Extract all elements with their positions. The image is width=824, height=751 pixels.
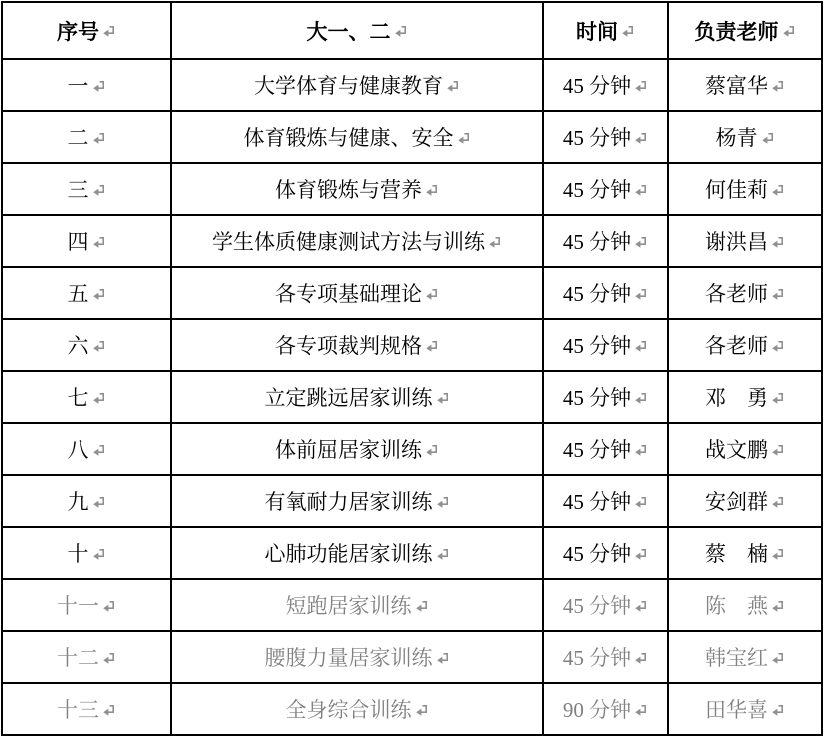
table-row: 二体育锻炼与健康、安全45 分钟杨青 bbox=[2, 111, 822, 163]
return-mark-icon bbox=[771, 548, 785, 561]
cell-course-name: 心肺功能居家训练 bbox=[171, 527, 543, 579]
duration: 45 分钟 bbox=[563, 174, 631, 204]
header-label: 大一、二 bbox=[307, 16, 391, 46]
table-row: 三体育锻炼与营养45 分钟何佳莉 bbox=[2, 163, 822, 215]
header-cell-teacher: 负责老师 bbox=[668, 2, 822, 59]
row-number: 十一 bbox=[57, 590, 99, 620]
duration: 45 分钟 bbox=[563, 70, 631, 100]
teacher-name: 各老师 bbox=[705, 278, 768, 308]
return-mark-icon bbox=[771, 236, 785, 249]
cell-teacher-name: 安剑群 bbox=[668, 475, 822, 527]
cell-duration: 90 分钟 bbox=[543, 683, 668, 735]
cell-teacher-name: 谢洪昌 bbox=[668, 215, 822, 267]
cell-duration: 45 分钟 bbox=[543, 631, 668, 683]
course-name: 学生体质健康测试方法与训练 bbox=[212, 226, 485, 256]
row-number: 五 bbox=[68, 278, 89, 308]
return-mark-icon bbox=[771, 600, 785, 613]
return-mark-icon bbox=[394, 25, 408, 38]
return-mark-icon bbox=[92, 184, 106, 197]
cell-course-name: 立定跳远居家训练 bbox=[171, 371, 543, 423]
cell-course-name: 各专项基础理论 bbox=[171, 267, 543, 319]
cell-row-number: 三 bbox=[2, 163, 171, 215]
table-body: 一大学体育与健康教育45 分钟蔡富华二体育锻炼与健康、安全45 分钟杨青三体育锻… bbox=[2, 59, 822, 735]
cell-course-name: 大学体育与健康教育 bbox=[171, 59, 543, 111]
document-page: 序号大一、二时间负责老师 一大学体育与健康教育45 分钟蔡富华二体育锻炼与健康、… bbox=[0, 0, 824, 751]
cell-duration: 45 分钟 bbox=[543, 215, 668, 267]
return-mark-icon bbox=[634, 288, 648, 301]
table-row: 八体前屈居家训练45 分钟战文鹏 bbox=[2, 423, 822, 475]
course-name: 腰腹力量居家训练 bbox=[265, 642, 433, 672]
cell-course-name: 腰腹力量居家训练 bbox=[171, 631, 543, 683]
cell-course-name: 体前屈居家训练 bbox=[171, 423, 543, 475]
teacher-name: 谢洪昌 bbox=[705, 226, 768, 256]
duration: 45 分钟 bbox=[563, 642, 631, 672]
row-number: 十 bbox=[68, 538, 89, 568]
course-name: 立定跳远居家训练 bbox=[265, 382, 433, 412]
return-mark-icon bbox=[771, 444, 785, 457]
row-number: 四 bbox=[68, 226, 89, 256]
cell-course-name: 有氧耐力居家训练 bbox=[171, 475, 543, 527]
return-mark-icon bbox=[425, 444, 439, 457]
cell-teacher-name: 田华喜 bbox=[668, 683, 822, 735]
return-mark-icon bbox=[771, 340, 785, 353]
cell-course-name: 全身综合训练 bbox=[171, 683, 543, 735]
table-row: 十一短跑居家训练45 分钟陈 燕 bbox=[2, 579, 822, 631]
cell-course-name: 体育锻炼与健康、安全 bbox=[171, 111, 543, 163]
duration: 45 分钟 bbox=[563, 122, 631, 152]
return-mark-icon bbox=[634, 444, 648, 457]
duration: 45 分钟 bbox=[563, 278, 631, 308]
row-number: 六 bbox=[68, 330, 89, 360]
course-name: 心肺功能居家训练 bbox=[265, 538, 433, 568]
cell-duration: 45 分钟 bbox=[543, 163, 668, 215]
return-mark-icon bbox=[92, 340, 106, 353]
return-mark-icon bbox=[102, 25, 116, 38]
return-mark-icon bbox=[102, 600, 116, 613]
return-mark-icon bbox=[634, 704, 648, 717]
cell-row-number: 五 bbox=[2, 267, 171, 319]
teacher-name: 战文鹏 bbox=[705, 434, 768, 464]
course-name: 有氧耐力居家训练 bbox=[265, 486, 433, 516]
return-mark-icon bbox=[634, 236, 648, 249]
teacher-name: 蔡 楠 bbox=[705, 538, 768, 568]
table-row: 九有氧耐力居家训练45 分钟安剑群 bbox=[2, 475, 822, 527]
row-number: 三 bbox=[68, 174, 89, 204]
duration: 45 分钟 bbox=[563, 590, 631, 620]
return-mark-icon bbox=[621, 25, 635, 38]
duration: 45 分钟 bbox=[563, 330, 631, 360]
teacher-name: 田华喜 bbox=[705, 694, 768, 724]
return-mark-icon bbox=[436, 496, 450, 509]
return-mark-icon bbox=[102, 704, 116, 717]
cell-teacher-name: 蔡富华 bbox=[668, 59, 822, 111]
return-mark-icon bbox=[634, 184, 648, 197]
table-row: 十心肺功能居家训练45 分钟蔡 楠 bbox=[2, 527, 822, 579]
table-row: 七立定跳远居家训练45 分钟邓 勇 bbox=[2, 371, 822, 423]
cell-duration: 45 分钟 bbox=[543, 423, 668, 475]
course-name: 全身综合训练 bbox=[286, 694, 412, 724]
schedule-table: 序号大一、二时间负责老师 一大学体育与健康教育45 分钟蔡富华二体育锻炼与健康、… bbox=[1, 1, 823, 736]
cell-teacher-name: 邓 勇 bbox=[668, 371, 822, 423]
teacher-name: 安剑群 bbox=[705, 486, 768, 516]
cell-teacher-name: 何佳莉 bbox=[668, 163, 822, 215]
cell-teacher-name: 战文鹏 bbox=[668, 423, 822, 475]
return-mark-icon bbox=[634, 548, 648, 561]
cell-duration: 45 分钟 bbox=[543, 579, 668, 631]
return-mark-icon bbox=[425, 340, 439, 353]
table-row: 十二腰腹力量居家训练45 分钟韩宝红 bbox=[2, 631, 822, 683]
return-mark-icon bbox=[457, 132, 471, 145]
teacher-name: 蔡富华 bbox=[705, 70, 768, 100]
cell-duration: 45 分钟 bbox=[543, 319, 668, 371]
cell-teacher-name: 蔡 楠 bbox=[668, 527, 822, 579]
header-label: 时间 bbox=[576, 16, 618, 46]
cell-row-number: 二 bbox=[2, 111, 171, 163]
cell-duration: 45 分钟 bbox=[543, 111, 668, 163]
return-mark-icon bbox=[771, 496, 785, 509]
cell-teacher-name: 各老师 bbox=[668, 319, 822, 371]
cell-row-number: 八 bbox=[2, 423, 171, 475]
course-name: 各专项裁判规格 bbox=[275, 330, 422, 360]
teacher-name: 何佳莉 bbox=[705, 174, 768, 204]
return-mark-icon bbox=[634, 340, 648, 353]
row-number: 十二 bbox=[57, 642, 99, 672]
cell-course-name: 各专项裁判规格 bbox=[171, 319, 543, 371]
header-label: 负责老师 bbox=[695, 16, 779, 46]
cell-teacher-name: 杨青 bbox=[668, 111, 822, 163]
return-mark-icon bbox=[634, 132, 648, 145]
return-mark-icon bbox=[634, 652, 648, 665]
return-mark-icon bbox=[634, 600, 648, 613]
return-mark-icon bbox=[634, 496, 648, 509]
return-mark-icon bbox=[425, 184, 439, 197]
teacher-name: 邓 勇 bbox=[705, 382, 768, 412]
header-row: 序号大一、二时间负责老师 bbox=[2, 2, 822, 59]
return-mark-icon bbox=[634, 80, 648, 93]
course-name: 短跑居家训练 bbox=[286, 590, 412, 620]
cell-teacher-name: 各老师 bbox=[668, 267, 822, 319]
cell-duration: 45 分钟 bbox=[543, 371, 668, 423]
course-name: 体育锻炼与营养 bbox=[275, 174, 422, 204]
cell-duration: 45 分钟 bbox=[543, 267, 668, 319]
cell-course-name: 短跑居家训练 bbox=[171, 579, 543, 631]
header-cell-serial-number: 序号 bbox=[2, 2, 171, 59]
header-cell-course-group: 大一、二 bbox=[171, 2, 543, 59]
cell-row-number: 十三 bbox=[2, 683, 171, 735]
return-mark-icon bbox=[771, 288, 785, 301]
table-row: 五各专项基础理论45 分钟各老师 bbox=[2, 267, 822, 319]
return-mark-icon bbox=[92, 392, 106, 405]
cell-row-number: 六 bbox=[2, 319, 171, 371]
course-name: 大学体育与健康教育 bbox=[254, 70, 443, 100]
return-mark-icon bbox=[488, 236, 502, 249]
duration: 45 分钟 bbox=[563, 226, 631, 256]
return-mark-icon bbox=[415, 600, 429, 613]
duration: 45 分钟 bbox=[563, 538, 631, 568]
duration: 45 分钟 bbox=[563, 486, 631, 516]
return-mark-icon bbox=[92, 548, 106, 561]
cell-row-number: 一 bbox=[2, 59, 171, 111]
return-mark-icon bbox=[771, 80, 785, 93]
row-number: 八 bbox=[68, 434, 89, 464]
return-mark-icon bbox=[446, 80, 460, 93]
cell-course-name: 体育锻炼与营养 bbox=[171, 163, 543, 215]
header-label: 序号 bbox=[57, 16, 99, 46]
course-name: 各专项基础理论 bbox=[275, 278, 422, 308]
header-cell-time: 时间 bbox=[543, 2, 668, 59]
return-mark-icon bbox=[425, 288, 439, 301]
duration: 90 分钟 bbox=[563, 694, 631, 724]
teacher-name: 韩宝红 bbox=[705, 642, 768, 672]
return-mark-icon bbox=[436, 548, 450, 561]
return-mark-icon bbox=[436, 652, 450, 665]
row-number: 一 bbox=[68, 70, 89, 100]
cell-row-number: 七 bbox=[2, 371, 171, 423]
cell-row-number: 十 bbox=[2, 527, 171, 579]
return-mark-icon bbox=[771, 704, 785, 717]
return-mark-icon bbox=[761, 132, 775, 145]
cell-duration: 45 分钟 bbox=[543, 59, 668, 111]
return-mark-icon bbox=[782, 25, 796, 38]
return-mark-icon bbox=[634, 392, 648, 405]
duration: 45 分钟 bbox=[563, 434, 631, 464]
return-mark-icon bbox=[92, 236, 106, 249]
row-number: 十三 bbox=[57, 694, 99, 724]
teacher-name: 各老师 bbox=[705, 330, 768, 360]
teacher-name: 杨青 bbox=[716, 122, 758, 152]
course-name: 体前屈居家训练 bbox=[275, 434, 422, 464]
course-name: 体育锻炼与健康、安全 bbox=[244, 122, 454, 152]
return-mark-icon bbox=[92, 132, 106, 145]
table-row: 四学生体质健康测试方法与训练45 分钟谢洪昌 bbox=[2, 215, 822, 267]
return-mark-icon bbox=[102, 652, 116, 665]
teacher-name: 陈 燕 bbox=[705, 590, 768, 620]
return-mark-icon bbox=[771, 392, 785, 405]
return-mark-icon bbox=[92, 444, 106, 457]
return-mark-icon bbox=[771, 652, 785, 665]
row-number: 二 bbox=[68, 122, 89, 152]
cell-row-number: 十二 bbox=[2, 631, 171, 683]
table-row: 六各专项裁判规格45 分钟各老师 bbox=[2, 319, 822, 371]
cell-duration: 45 分钟 bbox=[543, 527, 668, 579]
return-mark-icon bbox=[92, 288, 106, 301]
return-mark-icon bbox=[436, 392, 450, 405]
cell-teacher-name: 陈 燕 bbox=[668, 579, 822, 631]
cell-row-number: 四 bbox=[2, 215, 171, 267]
cell-course-name: 学生体质健康测试方法与训练 bbox=[171, 215, 543, 267]
cell-row-number: 九 bbox=[2, 475, 171, 527]
cell-duration: 45 分钟 bbox=[543, 475, 668, 527]
cell-row-number: 十一 bbox=[2, 579, 171, 631]
return-mark-icon bbox=[771, 184, 785, 197]
return-mark-icon bbox=[92, 496, 106, 509]
return-mark-icon bbox=[415, 704, 429, 717]
table-row: 十三全身综合训练90 分钟田华喜 bbox=[2, 683, 822, 735]
row-number: 七 bbox=[68, 382, 89, 412]
table-row: 一大学体育与健康教育45 分钟蔡富华 bbox=[2, 59, 822, 111]
duration: 45 分钟 bbox=[563, 382, 631, 412]
cell-teacher-name: 韩宝红 bbox=[668, 631, 822, 683]
row-number: 九 bbox=[68, 486, 89, 516]
return-mark-icon bbox=[92, 80, 106, 93]
